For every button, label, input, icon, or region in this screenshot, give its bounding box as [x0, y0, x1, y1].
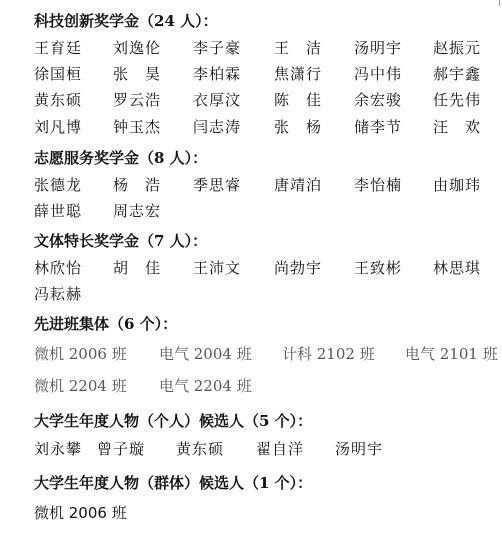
name-item: 唐靖泊 — [274, 174, 322, 196]
name-item: 杨 浩 — [113, 174, 161, 196]
class-row: 微机 2006 班 — [34, 502, 502, 524]
class-item: 微机 2204 班 — [34, 375, 127, 397]
name-row: 王育廷 刘逸伦 李子豪 王 洁 汤明宇 赵振元 — [34, 37, 502, 59]
name-row: 薛世聪 周志宏 — [34, 200, 502, 222]
class-row: 微机 2204 班 电气 2204 班 — [34, 375, 502, 397]
class-item: 微机 2006 班 — [34, 502, 127, 524]
section-heading-advanced-class: 先进班集体（6 个）： — [34, 314, 177, 334]
name-item: 刘永攀 — [34, 438, 82, 460]
name-row: 冯耘赫 — [34, 283, 502, 305]
section-heading-volunteer-service: 志愿服务奖学金（8 人）： — [34, 148, 207, 168]
name-item: 林思琪 — [433, 257, 481, 279]
name-row: 张德龙 杨 浩 季思睿 唐靖泊 李怡楠 由珈玮 — [34, 174, 502, 196]
name-item: 薛世聪 — [34, 200, 82, 222]
name-item: 钟玉杰 — [113, 116, 161, 138]
name-item: 李柏霖 — [193, 63, 241, 85]
section-heading-person-of-year-individual: 大学生年度人物（个人）候选人（5 个）： — [34, 411, 312, 431]
name-row: 黄东硕 罗云浩 衣厚汶 陈 佳 余宏骏 任先伟 — [34, 89, 502, 111]
name-item: 王 洁 — [274, 37, 322, 59]
name-item: 林欣怡 — [34, 257, 82, 279]
class-row: 微机 2006 班 电气 2004 班 计科 2102 班 电气 2101 班 — [34, 343, 502, 365]
name-item: 汪 欢 — [433, 116, 481, 138]
page-corner-mark — [499, 0, 500, 6]
name-row: 徐国桓 张 昊 李柏霖 焦潇行 冯中伟 郝宇鑫 — [34, 63, 502, 85]
name-item: 季思睿 — [193, 174, 241, 196]
section-heading-person-of-year-group: 大学生年度人物（群体）候选人（1 个）： — [34, 473, 312, 493]
name-item: 周志宏 — [113, 200, 161, 222]
name-item: 衣厚汶 — [193, 89, 241, 111]
name-item: 刘凡博 — [34, 116, 82, 138]
name-item: 王致彬 — [354, 257, 402, 279]
name-item: 冯耘赫 — [34, 283, 82, 305]
name-item: 李子豪 — [193, 37, 241, 59]
name-item: 任先伟 — [433, 89, 481, 111]
name-item: 储李节 — [354, 116, 402, 138]
class-item: 计科 2102 班 — [282, 343, 375, 365]
name-row: 刘凡博 钟玉杰 闫志涛 张 杨 储李节 汪 欢 — [34, 116, 502, 138]
name-item: 张 杨 — [274, 116, 322, 138]
name-item: 张 昊 — [113, 63, 161, 85]
section-heading-tech-innovation: 科技创新奖学金（24 人）： — [34, 11, 218, 31]
name-item: 余宏骏 — [354, 89, 402, 111]
class-item: 电气 2004 班 — [159, 343, 252, 365]
name-item: 汤明宇 — [335, 438, 383, 460]
name-item: 尚勃宇 — [274, 257, 322, 279]
name-row: 林欣怡 胡 佳 王沛文 尚勃宇 王致彬 林思琪 — [34, 257, 502, 279]
name-item: 徐国桓 — [34, 63, 82, 85]
class-item: 电气 2204 班 — [159, 375, 252, 397]
name-item: 李怡楠 — [354, 174, 402, 196]
name-item: 焦潇行 — [274, 63, 322, 85]
name-item: 闫志涛 — [193, 116, 241, 138]
name-item: 郝宇鑫 — [433, 63, 481, 85]
name-item: 陈 佳 — [274, 89, 322, 111]
name-item: 胡 佳 — [113, 257, 161, 279]
class-item: 微机 2006 班 — [34, 343, 127, 365]
name-item: 汤明宇 — [354, 37, 402, 59]
name-item: 张德龙 — [34, 174, 82, 196]
name-item: 刘逸伦 — [113, 37, 161, 59]
class-item: 电气 2101 班 — [405, 343, 498, 365]
name-item: 赵振元 — [433, 37, 481, 59]
name-item: 罗云浩 — [113, 89, 161, 111]
document-page: 科技创新奖学金（24 人）： 王育廷 刘逸伦 李子豪 王 洁 汤明宇 赵振元 徐… — [0, 0, 502, 535]
name-item: 黄东硕 — [34, 89, 82, 111]
name-item: 黄东硕 — [176, 438, 224, 460]
name-item: 曾子璇 — [97, 438, 145, 460]
name-row: 刘永攀 曾子璇 黄东硕 翟自洋 汤明宇 — [34, 438, 502, 460]
name-item: 王沛文 — [193, 257, 241, 279]
name-item: 王育廷 — [34, 37, 82, 59]
name-item: 冯中伟 — [354, 63, 402, 85]
section-heading-arts-sports: 文体特长奖学金（7 人）： — [34, 231, 207, 251]
name-item: 由珈玮 — [433, 174, 481, 196]
name-item: 翟自洋 — [256, 438, 304, 460]
